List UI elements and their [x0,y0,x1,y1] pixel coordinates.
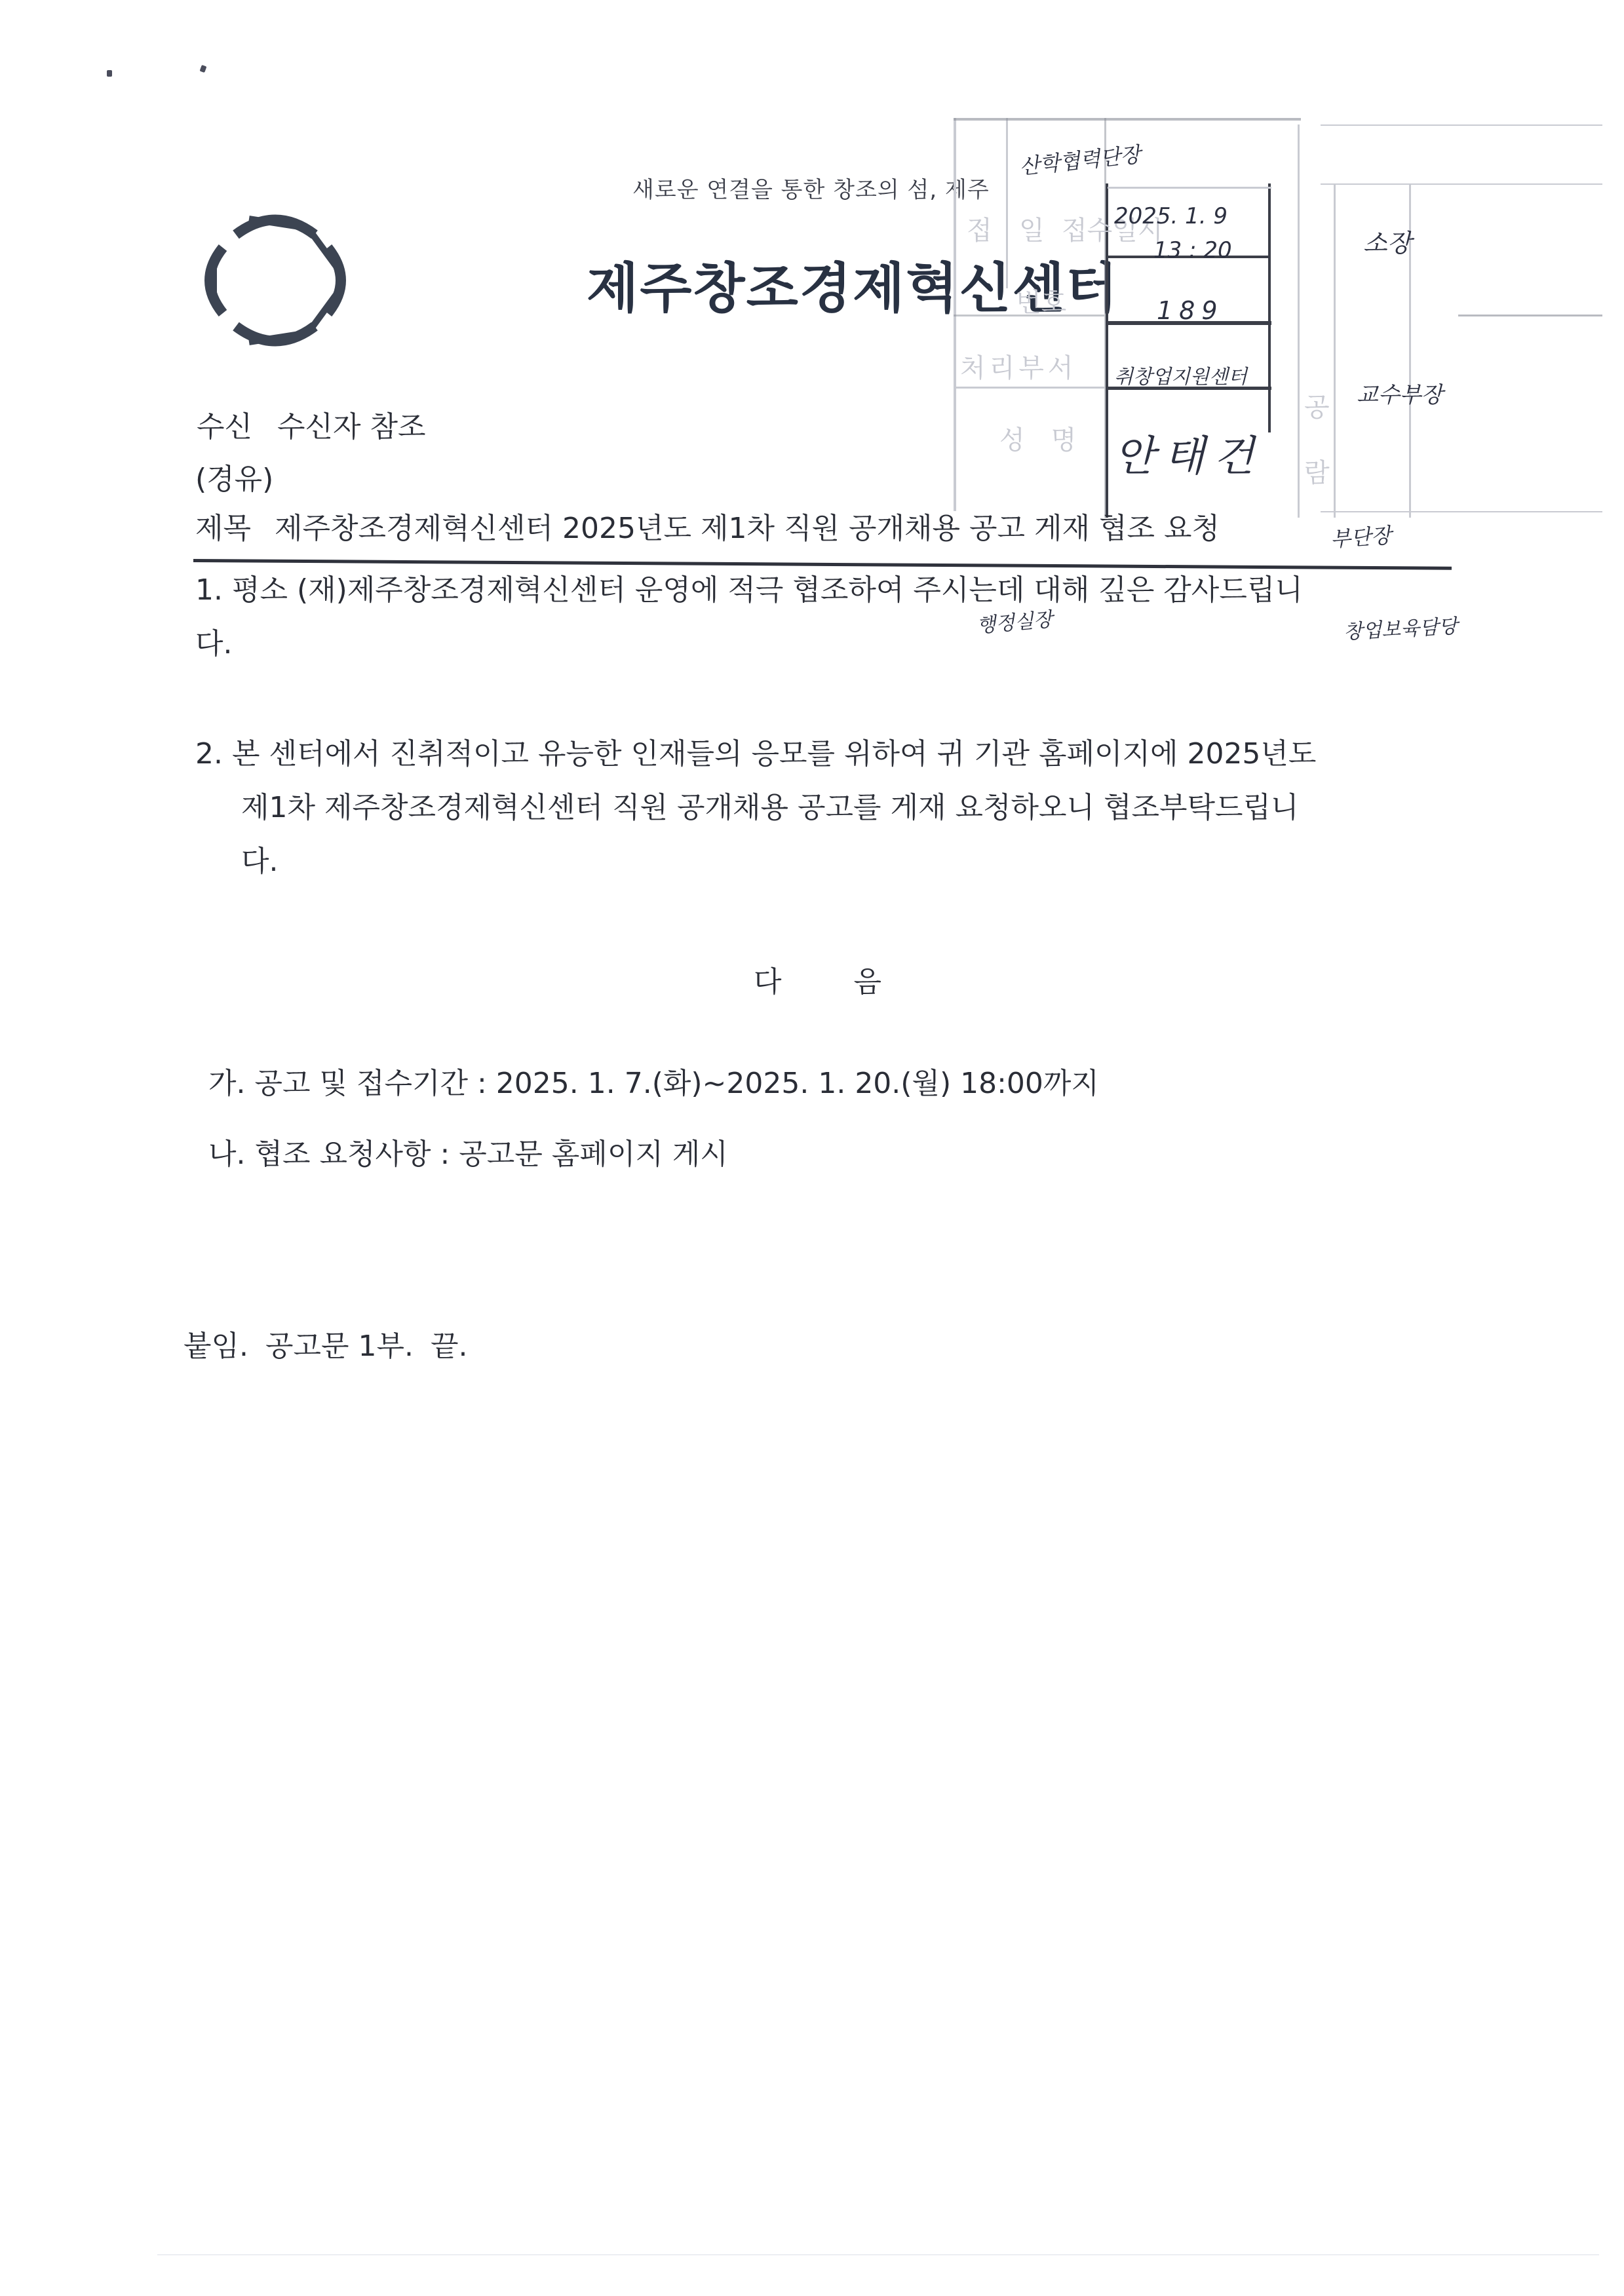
scan-artifact [200,65,207,73]
detail-item: 가. 공고 및 접수기간 : 2025. 1. 7.(화)~2025. 1. 2… [208,1060,1099,1101]
stamp-dept-value: 취창업지원센터 [1114,360,1247,389]
attachment-value: 공고문 1부. [265,1330,414,1363]
stamp-right-label-1: 공 [1304,387,1330,424]
handwritten-vice-director-note: 부단장 [1330,519,1393,553]
handwritten-incubation-note: 창업보육담당 [1343,609,1458,644]
approver-director: 소장 [1363,223,1411,259]
stamp-name-value: 안태건 [1114,423,1263,483]
paragraph-2-line-2: 제1차 제주창조경제혁신센터 직원 공개채용 공고를 게재 요청하오니 협조부탁… [195,781,1316,835]
attachment-line: 붙임.공고문 1부.끝. [184,1322,484,1364]
subject-line: 제목제주창조경제혁신센터 2025년도 제1차 직원 공개채용 공고 게재 협조… [195,505,1220,546]
detail-item-label: 나. [208,1138,246,1171]
handwritten-routing-note: 산학협력단장 [1018,138,1142,180]
paragraph-1: 1. 평소 (재)제주창조경제혁신센터 운영에 적극 협조하여 주시는데 대해 … [195,564,1303,671]
subject-value: 제주창조경제혁신센터 2025년도 제1차 직원 공개채용 공고 게재 협조 요… [275,512,1220,545]
stamp-time-value: 13 : 20 [1153,237,1232,263]
detail-item: 나. 협조 요청사항 : 공고문 홈페이지 게시 [208,1130,728,1172]
recipient-line: 수신수신자 참조 [197,403,451,445]
paragraph-2-line-1: 2. 본 센터에서 진취적이고 유능한 인재들의 응모를 위하여 귀 기관 홈페… [195,727,1316,781]
via-line: (경유) [195,455,273,497]
paragraph-1-line-2: 다. [195,617,1303,671]
recipient-label: 수신 [197,410,252,444]
stamp-number-value: 189 [1157,296,1224,325]
stamp-name-label: 성명 [999,419,1102,457]
stamp-dept-label: 처리부서 [960,347,1077,385]
stamp-right-label-2: 람 [1304,452,1330,489]
attachment-label: 붙임. [184,1330,248,1363]
slogan: 새로운 연결을 통한 창조의 섬, 제주 [632,172,990,204]
receipt-stamp: 접 일 접수일시 번호 처리부서 성명 공 람 산학협력단장 2025. 1. … [954,118,1609,524]
recipient-value: 수신자 참조 [277,410,426,444]
stamp-date-value: 2025. 1. 9 [1114,203,1228,229]
following-heading: 다음 [754,958,954,1000]
detail-item-text: 공고 및 접수기간 : 2025. 1. 7.(화)~2025. 1. 20.(… [255,1067,1099,1100]
paragraph-2: 2. 본 센터에서 진취적이고 유능한 인재들의 응모를 위하여 귀 기관 홈페… [195,727,1316,889]
scan-artifact [107,70,112,77]
detail-item-label: 가. [208,1067,246,1100]
paragraph-1-line-1: 1. 평소 (재)제주창조경제혁신센터 운영에 적극 협조하여 주시는데 대해 … [195,564,1303,617]
hexagon-ring-logo-icon [197,208,354,353]
paragraph-2-line-3: 다. [195,835,1316,889]
approver-professor: 교수부장 [1357,377,1442,409]
subject-label: 제목 [195,512,251,545]
scan-edge-line [157,2254,1599,2255]
stamp-number-label: 번호 [1016,282,1066,319]
detail-item-text: 협조 요청사항 : 공고문 홈페이지 게시 [255,1138,728,1171]
end-mark: 끝. [431,1330,468,1363]
